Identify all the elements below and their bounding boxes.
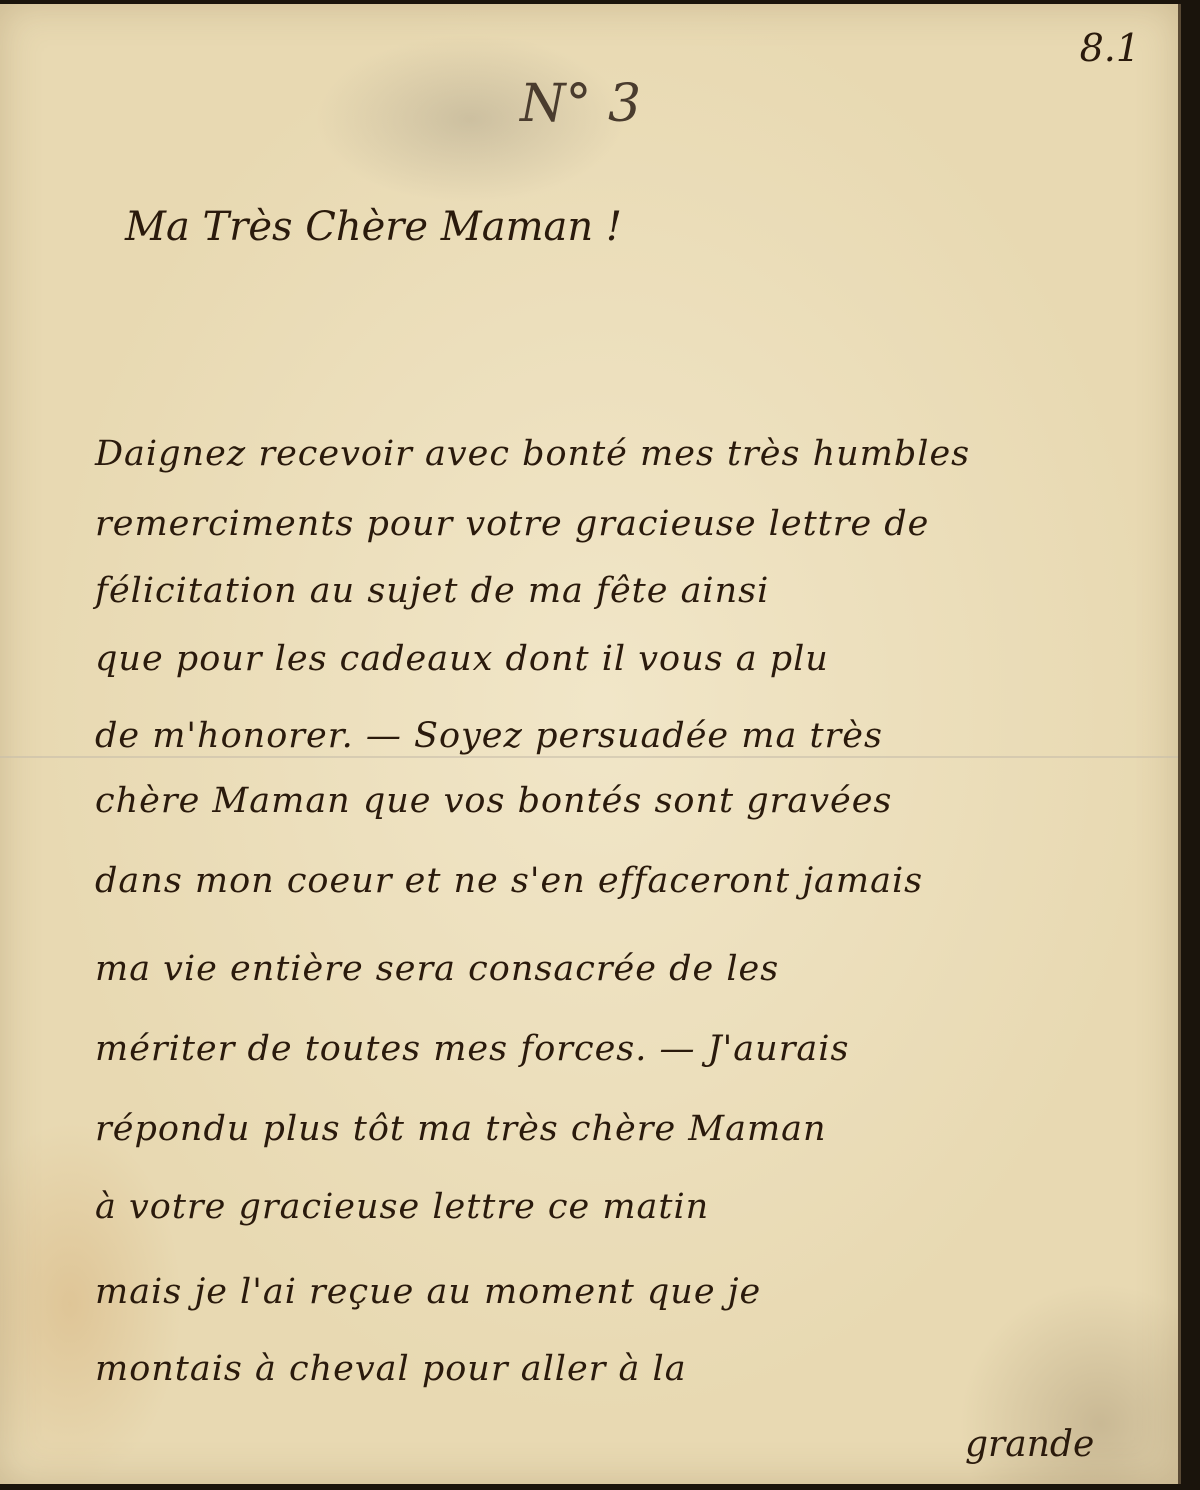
body-line: ma vie entière sera consacrée de les [95,949,779,989]
body-line: à votre gracieuse lettre ce matin [95,1187,709,1227]
body-line: répondu plus tôt ma très chère Maman [95,1109,827,1149]
letter-page: 8.1 N° 3 Ma Très Chère Maman ! Daignez r… [0,4,1181,1484]
body-line: remerciments pour votre gracieuse lettre… [95,504,929,544]
body-line: que pour les cadeaux dont il vous a plu [95,639,829,679]
salutation: Ma Très Chère Maman ! [125,204,622,250]
letter-number: N° 3 [520,74,641,134]
paper-fold-line [0,756,1178,758]
body-line: chère Maman que vos bontés sont gravées [95,781,892,821]
body-line: dans mon coeur et ne s'en effaceront jam… [95,861,923,901]
body-line: montais à cheval pour aller à la [95,1349,687,1389]
body-line: de m'honorer. — Soyez persuadée ma très [95,716,883,756]
catchword: grande [965,1424,1094,1465]
body-line: mériter de toutes mes forces. — J'aurais [95,1029,849,1069]
body-line: félicitation au sujet de ma fête ainsi [95,571,769,611]
folio-mark: 8.1 [1080,26,1140,70]
body-line: Daignez recevoir avec bonté mes très hum… [95,434,970,474]
body-line: mais je l'ai reçue au moment que je [95,1272,761,1312]
